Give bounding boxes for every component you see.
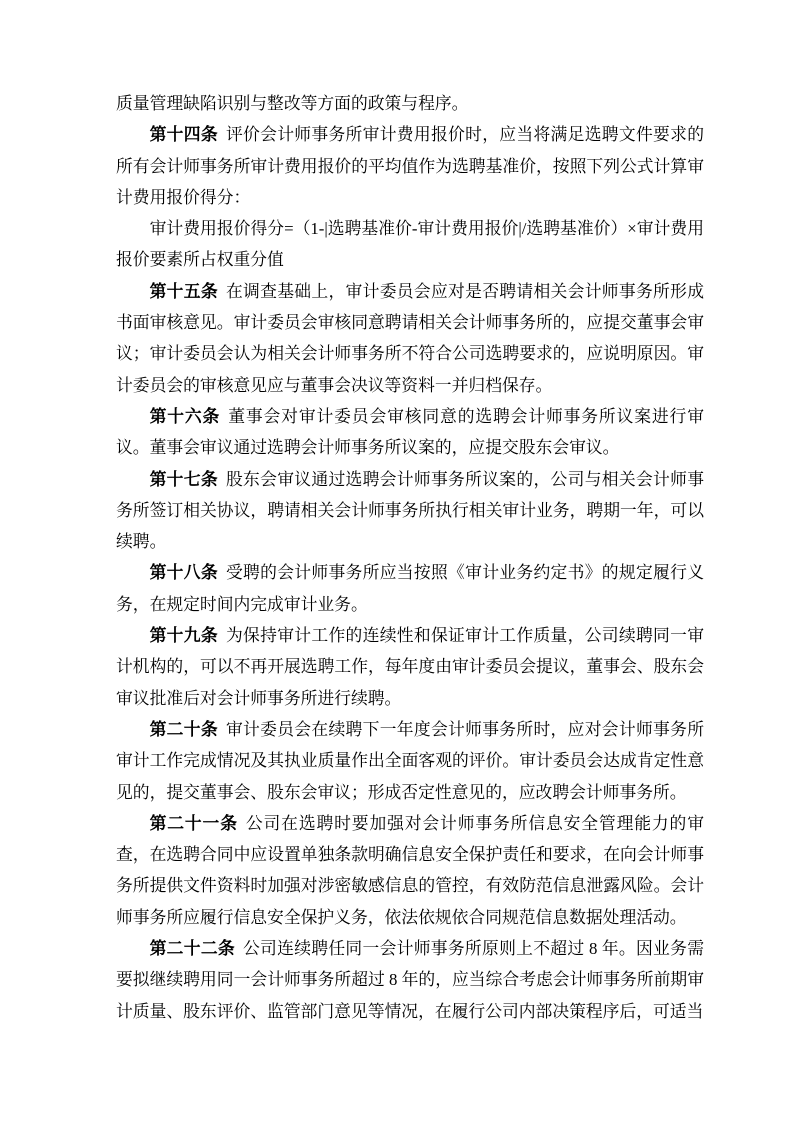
para-article-15: 第十五条在调查基础上，审计委员会应对是否聘请相关会计师事务所形成书面审核意见。审… <box>116 276 704 401</box>
para-article-17: 第十七条股东会审议通过选聘会计师事务所议案的，公司与相关会计师事务所签订相关协议… <box>116 464 704 558</box>
clause-label: 第二十二条 <box>150 939 235 958</box>
formula-text: 审计费用报价得分=（1-|选聘基准价-审计费用报价|/选聘基准价）×审计费用报价… <box>116 219 704 269</box>
para-continuation: 质量管理缺陷识别与整改等方面的政策与程序。 <box>116 88 704 119</box>
paragraph-text: 质量管理缺陷识别与整改等方面的政策与程序。 <box>116 94 468 113</box>
para-article-21: 第二十一条公司在选聘时要加强对会计师事务所信息安全管理能力的审查，在选聘合同中应… <box>116 808 704 933</box>
clause-label: 第二十一条 <box>150 814 238 833</box>
clause-label: 第十四条 <box>150 125 218 144</box>
clause-label: 第十九条 <box>150 626 218 645</box>
clause-label: 第十五条 <box>150 282 218 301</box>
para-article-14: 第十四条评价会计师事务所审计费用报价时，应当将满足选聘文件要求的所有会计师事务所… <box>116 119 704 213</box>
clause-label: 第二十条 <box>150 720 218 739</box>
para-article-19: 第十九条为保持审计工作的连续性和保证审计工作质量，公司续聘同一审计机构的，可以不… <box>116 620 704 714</box>
para-formula: 审计费用报价得分=（1-|选聘基准价-审计费用报价|/选聘基准价）×审计费用报价… <box>116 213 704 276</box>
para-article-22: 第二十二条公司连续聘任同一会计师事务所原则上不超过 8 年。因业务需要拟继续聘用… <box>116 933 704 1027</box>
para-article-18: 第十八条受聘的会计师事务所应当按照《审计业务约定书》的规定履行义务，在规定时间内… <box>116 557 704 620</box>
clause-label: 第十八条 <box>150 563 218 582</box>
clause-label: 第十六条 <box>150 407 221 426</box>
para-article-20: 第二十条审计委员会在续聘下一年度会计师事务所时，应对会计师事务所审计工作完成情况… <box>116 714 704 808</box>
para-article-16: 第十六条董事会对审计委员会审核同意的选聘会计师事务所议案进行审议。董事会审议通过… <box>116 401 704 464</box>
clause-label: 第十七条 <box>150 470 218 489</box>
document-page: 质量管理缺陷识别与整改等方面的政策与程序。 第十四条评价会计师事务所审计费用报价… <box>0 0 794 1122</box>
